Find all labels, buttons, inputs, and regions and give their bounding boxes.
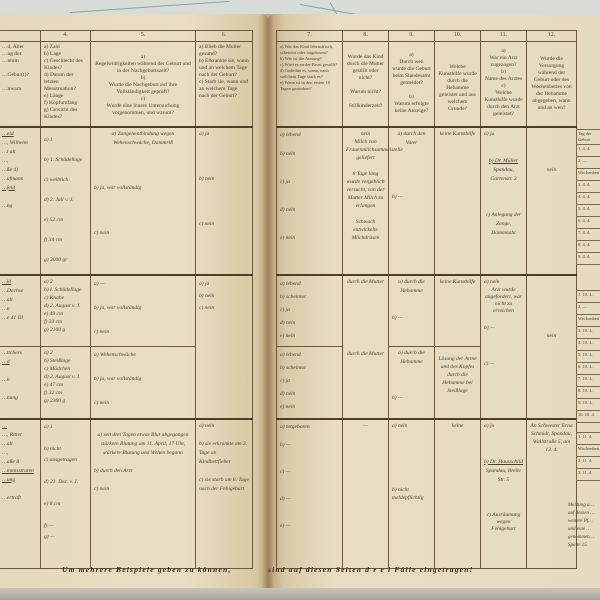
cell-doctor: a) neinArzt wurde angefordert, war nicht… bbox=[481, 275, 527, 419]
cell-child-status: a) lebendb) neinc) jad) neine) nein bbox=[277, 127, 343, 275]
side-grid-cell: Wochenbett bbox=[577, 315, 600, 327]
side-grid-cell: 3. 11. 4. bbox=[577, 469, 600, 481]
cell-child-details: a) 1b) nichtc) ausgetragend) 21. Dez. v.… bbox=[41, 419, 91, 569]
cell-partial: …ld…Dachse…alt…n…e 41 III bbox=[0, 275, 41, 347]
side-grid-cell: 4. 4. 4. bbox=[577, 193, 600, 205]
header-registration: a)Durch wen wurde die Geburt beim Stande… bbox=[389, 42, 435, 127]
col-number bbox=[0, 31, 41, 42]
cell-child-status: a) totgeborenb) —c) —d) —e) — bbox=[277, 419, 343, 569]
side-date-grid-case-3: 1. 11. 4. Wochenbett 2. 11. 4. 3. 11. 4. bbox=[576, 432, 600, 481]
cell-irregularities: a) Zangenentbindung wegen Wehenschwäche,… bbox=[91, 127, 196, 275]
col-number: 8. bbox=[343, 31, 389, 42]
header-handover: Wurde die Versorgung während der Geburt … bbox=[527, 42, 577, 127]
table-row-case-2: a) lebendb) scheintotc) jad) neine) nein… bbox=[277, 275, 577, 347]
side-grid-cell: 6. 10. 4. bbox=[577, 363, 600, 375]
header-irregularities: a)Regelwidrigkeiten während der Geburt u… bbox=[91, 42, 196, 127]
side-date-grid-case-1: Tag der Geburt 1. 4. 4. 2. — Wochenbett … bbox=[576, 129, 600, 265]
side-grid-cell: 10. 10. 4. bbox=[577, 411, 600, 423]
table-row-case-3: a) totgeborenb) —c) —d) —e) — — a) neinb… bbox=[277, 419, 577, 569]
side-grid-cell: 7. 10. 4. bbox=[577, 375, 600, 387]
cell-midwife-assistance: keine bbox=[435, 419, 481, 569]
header-midwife-assistance: Welche Kunsthilfe wurde durch die Hebamm… bbox=[435, 42, 481, 127]
side-grid-cell: Wochenbett bbox=[577, 445, 600, 457]
col-number: 9. bbox=[389, 31, 435, 42]
cell-breastfeeding: neinMilch von Frauenmilchsammelstelle ge… bbox=[343, 127, 389, 275]
col-number: 11. bbox=[481, 31, 527, 42]
side-grid-cell: 2. 11. 4. bbox=[577, 457, 600, 469]
cell-registration: a) neinb) nicht meldepflichtig bbox=[389, 419, 435, 569]
side-grid-cell: 3. 4. 4. bbox=[577, 181, 600, 193]
cell-doctor: a) jab) Dr. HausschildSpandau, Breite St… bbox=[481, 419, 527, 569]
col-number: 10. bbox=[435, 31, 481, 42]
side-grid-cell: 2. — bbox=[577, 157, 600, 169]
side-grid-header: Tag der Geburt bbox=[577, 130, 600, 145]
side-note: Meldung a…auf dessen …weitere Pf…und ein… bbox=[568, 502, 595, 550]
cell-handover: nein bbox=[527, 127, 577, 275]
header-doctor: a)War ein Arzt zugezogen?b)Name des Arzt… bbox=[481, 42, 527, 127]
side-grid-cell: 6. 4. 4. bbox=[577, 217, 600, 229]
cell-midwife-assistance: Lösung der Arme und des Kopfes durch die… bbox=[435, 347, 481, 419]
side-grid-cell: 2. — bbox=[577, 303, 600, 315]
cell-midwife-assistance: keine Kunsthilfe bbox=[435, 127, 481, 275]
col-number: 4. bbox=[41, 31, 91, 42]
side-grid-cell: 8. 10. 4. bbox=[577, 387, 600, 399]
side-grid-cell: 7. 4. 4. bbox=[577, 229, 600, 241]
cell-child-status: a) lebendb) scheintotc) jad) neine) nein bbox=[277, 275, 343, 347]
side-grid-cell: 9. 10. 4. bbox=[577, 399, 600, 411]
cell-partial: …eld…, Wilhelm…t alt…,…ße 4)…ufmann…feld… bbox=[0, 127, 41, 275]
side-grid-cell: 9. 4. 4. bbox=[577, 253, 600, 265]
cell-irregularities: a) Wehenschwächeb) ja, war vollständigc)… bbox=[91, 347, 196, 419]
col-number: 12. bbox=[527, 31, 577, 42]
cell-child-details: a) 2b) I. Schädellagec) Knabed) 2. Augus… bbox=[41, 275, 91, 347]
side-grid-cell: 5. 10. 4. bbox=[577, 351, 600, 363]
right-register-table: 7. 8. 9. 10. 11. 12. a) War das Kind leb… bbox=[276, 30, 577, 569]
table-row-case-1: a) lebendb) neinc) jad) neine) nein nein… bbox=[277, 127, 577, 275]
col-number: 7. bbox=[277, 31, 343, 42]
side-date-grid-case-2: 1. 10. 4. 2. — Wochenbett 3. 10. 4. 4. 1… bbox=[576, 290, 600, 423]
cell-midwife-assistance: keine Kunsthilfe bbox=[435, 275, 481, 347]
cell-doctor: a) jab) Dr. MüllerSpandau, Gartenstr. 3c… bbox=[481, 127, 527, 275]
cell-mother-health: a) neinb) sie erkrankte am 3. Tage an Ki… bbox=[196, 419, 253, 569]
cell-child-details: a) 1b) 1. Schädellagec) weiblichd) 2. Ju… bbox=[41, 127, 91, 275]
cell-mother-health: a) jab) neinc) nein bbox=[196, 275, 253, 419]
side-grid-cell: Wochenbett bbox=[577, 169, 600, 181]
background-line bbox=[70, 1, 230, 13]
table-row-case-2: …ld…Dachse…alt…n…e 41 III a) 2b) I. Schä… bbox=[0, 275, 253, 347]
cell-registration: a) durch die Hebammeb) — bbox=[389, 347, 435, 419]
left-register-table: 4. 5. 6. …d, Alter…ng der…ntum…Gebur(t)?… bbox=[0, 30, 253, 569]
book-gutter bbox=[262, 14, 274, 600]
side-grid-cell: 1. 11. 4. bbox=[577, 433, 600, 445]
book-bottom-edge bbox=[0, 588, 600, 600]
cell-breastfeeding: durch die Mutterdurch die Mutter bbox=[343, 275, 389, 419]
col-number: 6. bbox=[196, 31, 253, 42]
side-grid-cell: 4. 10. 4. bbox=[577, 339, 600, 351]
side-grid-cell: 5. 4. 4. bbox=[577, 205, 600, 217]
right-page: 7. 8. 9. 10. 11. 12. a) War das Kind leb… bbox=[268, 14, 600, 592]
side-grid-cell: 3. 10. 4. bbox=[577, 327, 600, 339]
cell-partial: ……, Ritter…alt…,…aße 8…mmisstraten…ung…e… bbox=[0, 419, 41, 569]
cell-irregularities: a) seit drei Tagen etwas Blut abgegangen… bbox=[91, 419, 196, 569]
cell-registration: a) durch die Hebammeb) — bbox=[389, 275, 435, 347]
side-grid-cell: 8. 4. 4. bbox=[577, 241, 600, 253]
header-partial: …d, Alter…ng der…ntum…Gebur(t)?…nwarn bbox=[0, 42, 41, 127]
col-number: 5. bbox=[91, 31, 196, 42]
footer-right: sind auf diesen Seiten d r e i Fälle ein… bbox=[268, 565, 474, 574]
left-page: 4. 5. 6. …d, Alter…ng der…ntum…Gebur(t)?… bbox=[0, 14, 268, 592]
header-child-details: a) Zahlb) Lagec) Geschlecht des Kindes?d… bbox=[41, 42, 91, 127]
side-grid-cell: 1. 4. 4. bbox=[577, 145, 600, 157]
header-mother-health: a) Blieb die Mutter gesund?b) Erkrankte … bbox=[196, 42, 253, 127]
cell-handover: nein bbox=[527, 275, 577, 419]
cell-irregularities: a) —b) ja, war vollständigc) nein bbox=[91, 275, 196, 347]
cell-mother-health: a) jab) neinc) nein bbox=[196, 127, 253, 275]
header-child-status: a) War das Kind lebensfrisch, scheintot … bbox=[277, 42, 343, 127]
side-grid-cell: 1. 10. 4. bbox=[577, 291, 600, 303]
cell-partial: …ttchers…d…n…nung bbox=[0, 347, 41, 419]
footer-left: Um mehrere Beispiele geben zu können, bbox=[62, 565, 231, 574]
header-breastfeeding: Wurde das Kind durch die Mutter gestillt… bbox=[343, 42, 389, 127]
cell-child-status: a) lebendb) scheintotc) jad) neine) nein bbox=[277, 347, 343, 419]
cell-child-details: a) 2b) Steißlagec) Mädchend) 2. August v… bbox=[41, 347, 91, 419]
table-row-case-1: …eld…, Wilhelm…t alt…,…ße 4)…ufmann…feld… bbox=[0, 127, 253, 275]
table-row-case-3: ……, Ritter…alt…,…aße 8…mmisstraten…ung…e… bbox=[0, 419, 253, 569]
cell-breastfeeding: — bbox=[343, 419, 389, 569]
